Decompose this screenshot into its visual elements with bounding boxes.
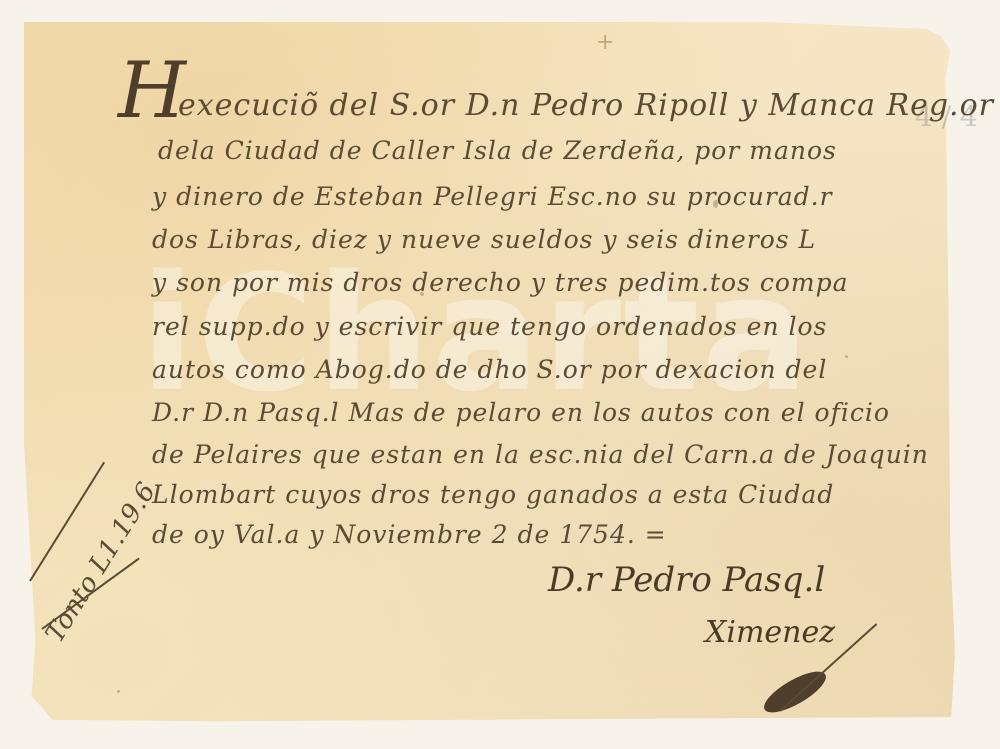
foxing-spot [845,355,848,358]
text-line-4: dos Libras, diez y nueve sueldos y seis … [152,225,816,254]
text-line-11: de oy Val.a y Noviembre 2 de 1754. = [152,520,667,549]
text-line-1: execuciõ del S.or D.n Pedro Ripoll y Man… [178,88,994,123]
text-line-9: de Pelaires que estan en la esc.nia del … [152,440,929,469]
text-line-8: D.r D.n Pasq.l Mas de pelaro en los auto… [152,398,890,427]
text-line-6: rel supp.do y escrivir que tengo ordenad… [152,312,827,341]
signature-surname: Ximenez [705,615,835,650]
header-cross-mark: + [596,30,614,55]
illuminated-initial: H [118,52,186,130]
text-line-2: dela Ciudad de Caller Isla de Zerdeña, p… [158,136,837,165]
text-line-5: y son por mis dros derecho y tres pedim.… [152,268,849,297]
foxing-spot [117,690,120,693]
text-line-10: Llombart cuyos dros tengo ganados a esta… [152,480,834,509]
signature-name: D.r Pedro Pasq.l [548,560,825,600]
text-line-7: autos como Abog.do de dho S.or por dexac… [152,355,827,384]
text-line-3: y dinero de Esteban Pellegri Esc.no su p… [152,182,833,211]
